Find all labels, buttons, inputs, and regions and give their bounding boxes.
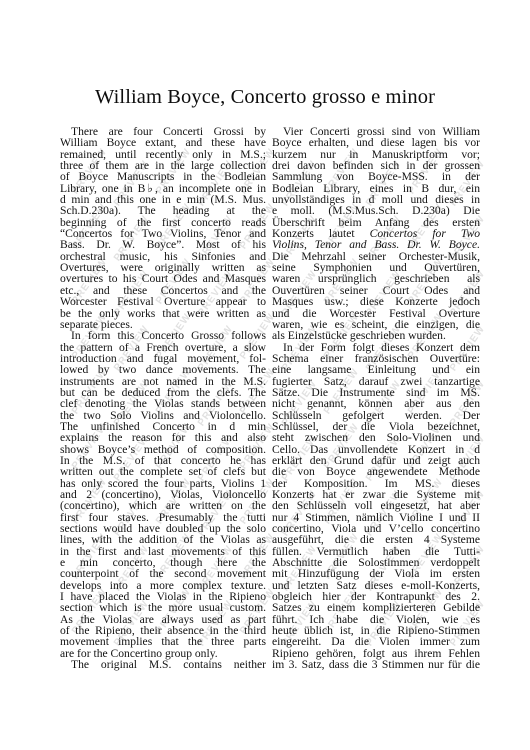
text-line-content: The original M.S. contains neither [71, 658, 266, 671]
text-line: The original M.S. contains neither [60, 659, 266, 670]
page-title: William Boyce, Concerto grosso e minor [0, 86, 530, 109]
german-text-column: Vier Concerti grossi sind von WilliamBoy… [272, 126, 480, 671]
text-line: im 3. Satz, dass die 3 Stimmen nur für d… [272, 659, 480, 670]
english-text-column: There are four Concerti Grossi byWilliam… [60, 126, 266, 671]
text-line-content: im 3. Satz, dass die 3 Stimmen nur für d… [272, 658, 480, 671]
